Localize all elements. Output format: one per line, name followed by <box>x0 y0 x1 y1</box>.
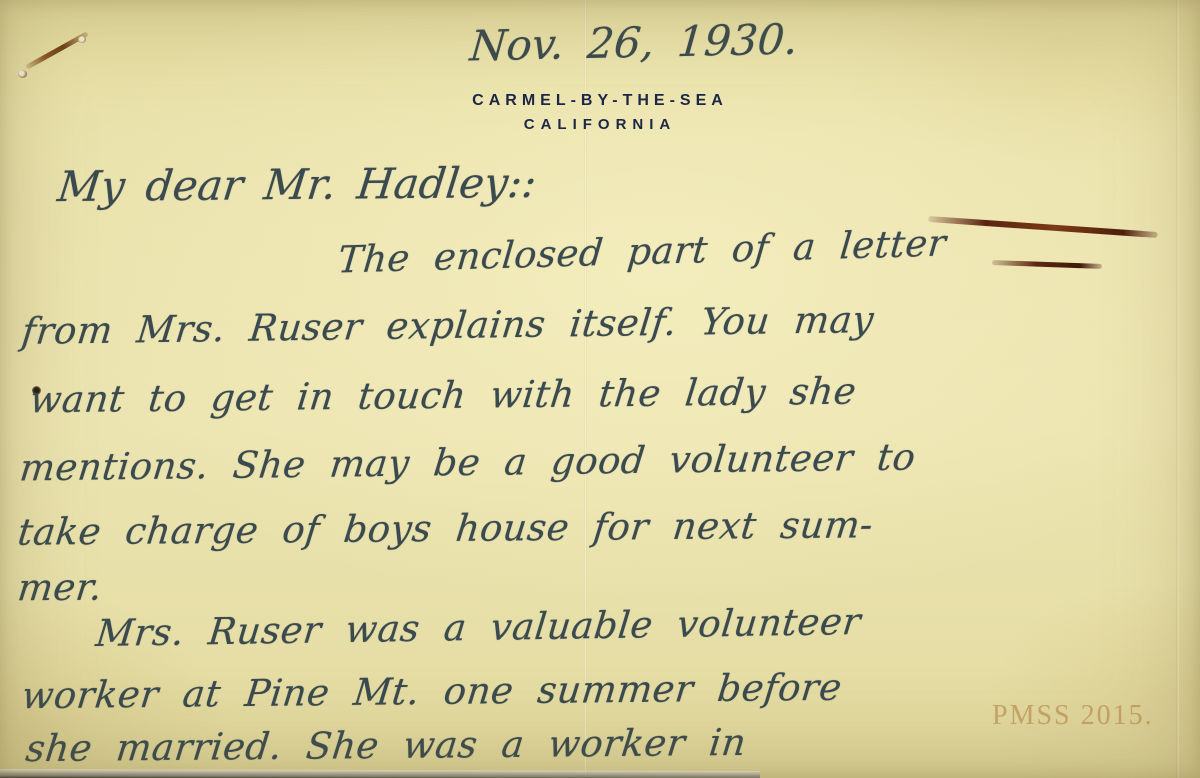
letter-body-line: mentions. She may be a good volunteer to <box>18 435 918 489</box>
letter-body-line: take charge of boys house for next sum- <box>16 503 876 554</box>
scan-bottom-edge <box>0 769 760 778</box>
letter-body-line: she married. She was a worker in <box>24 721 749 770</box>
letter-body-line: worker at Pine Mt. one summer before <box>20 666 845 718</box>
letter-salutation: My dear Mr. Hadley:: <box>55 158 539 211</box>
letter-body-line: Mrs. Ruser was a valuable volunteer <box>94 600 863 655</box>
archive-watermark: PMSS 2015. <box>992 700 1154 732</box>
letter-body-line: The enclosed part of a letter <box>336 221 948 281</box>
letter-body-line: mer. <box>16 566 105 610</box>
rust-mark-over-word <box>928 216 1158 238</box>
scanned-letter: Nov. 26, 1930. CARMEL-BY-THE-SEA CALIFOR… <box>0 0 1200 778</box>
rust-mark-under-word <box>992 260 1102 269</box>
rust-pin-hole <box>18 70 27 78</box>
rust-pin-hole <box>78 36 86 43</box>
paper-right-crease <box>1176 0 1179 778</box>
letterhead-city: CARMEL-BY-THE-SEA <box>300 92 900 110</box>
letter-body-line: want to get in touch with the lady she <box>28 370 859 422</box>
letterhead: CARMEL-BY-THE-SEA CALIFORNIA <box>300 92 900 133</box>
letter-date: Nov. 26, 1930. <box>468 15 800 71</box>
letter-body-line: from Mrs. Ruser explains itself. You may <box>20 298 876 353</box>
letterhead-state: CALIFORNIA <box>300 116 900 133</box>
